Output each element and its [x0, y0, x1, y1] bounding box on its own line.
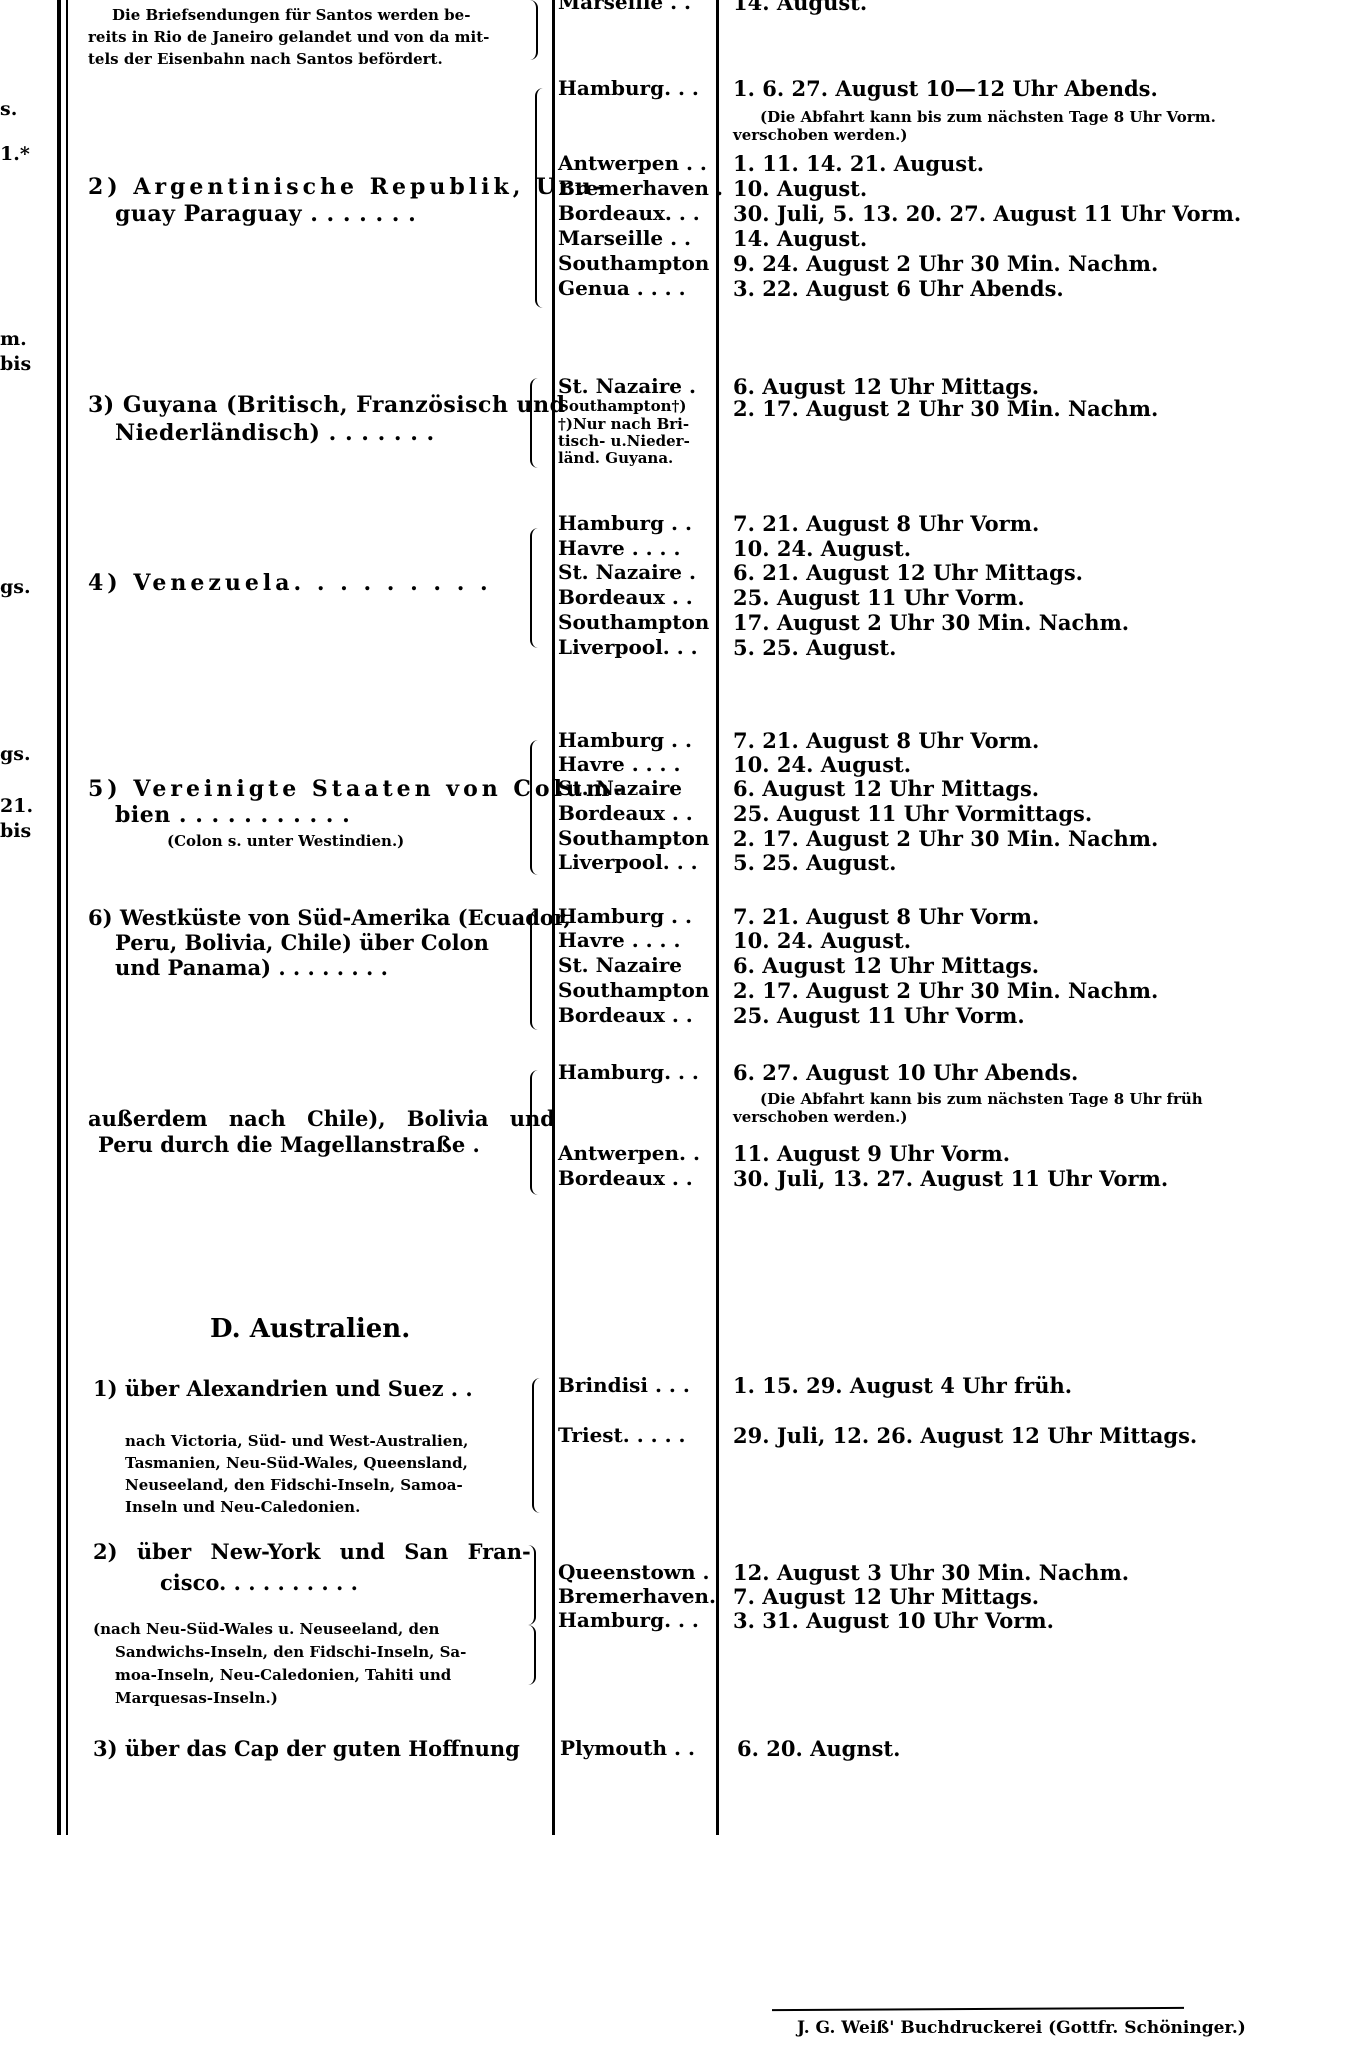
note-line: verschoben werden.): [733, 1110, 907, 1125]
date-cell: 1. 15. 29. August 4 Uhr früh.: [733, 1375, 1072, 1396]
footer-rule: [772, 2007, 1184, 2011]
date-cell: 10. 24. August.: [733, 754, 911, 775]
place-cell: Liverpool. . .: [558, 852, 698, 872]
date-cell: 14. August.: [733, 228, 867, 249]
brace: [530, 910, 538, 1030]
route-desc: Neuseeland, den Fidschi-Inseln, Samoa-: [125, 1478, 463, 1493]
place-cell: Bordeaux . .: [558, 587, 693, 607]
region-title: Peru durch die Magellanstraße .: [98, 1134, 480, 1155]
date-cell: 10. August.: [733, 178, 867, 199]
route-title: 2) über New-York und San Fran-: [93, 1541, 531, 1562]
region-title: guay Paraguay . . . . . . .: [115, 203, 416, 225]
place-cell: Bremerhaven.: [558, 1586, 716, 1606]
date-cell: 6. 27. August 10 Uhr Abends.: [733, 1062, 1078, 1083]
margin-fragment: gs.: [0, 745, 31, 764]
place-cell: Marseille . .: [558, 0, 691, 12]
margin-fragment: s.: [0, 100, 17, 119]
place-cell: Havre . . . .: [558, 930, 680, 950]
date-cell: 7. August 12 Uhr Mittags.: [733, 1586, 1039, 1607]
printer-imprint: J. G. Weiß' Buchdruckerei (Gottfr. Schön…: [797, 2018, 1246, 2038]
place-cell: Plymouth . .: [560, 1738, 695, 1758]
place-cell: Genua . . . .: [558, 278, 686, 298]
date-cell: 11. August 9 Uhr Vorm.: [733, 1143, 1010, 1164]
route-desc: nach Victoria, Süd- und West-Australien,: [125, 1434, 468, 1449]
date-cell: 6. August 12 Uhr Mittags.: [733, 376, 1039, 397]
brace: [530, 528, 538, 648]
place-cell: Southampton: [558, 253, 709, 273]
region-title: 6) Westküste von Süd-Amerika (Ecuador,: [88, 907, 571, 928]
place-cell: Hamburg. . .: [558, 78, 699, 98]
date-cell: 9. 24. August 2 Uhr 30 Min. Nachm.: [733, 253, 1158, 274]
date-cell: 6. 20. Augnst.: [737, 1738, 900, 1759]
date-cell: 25. August 11 Uhr Vorm.: [733, 1005, 1025, 1026]
date-cell: 7. 21. August 8 Uhr Vorm.: [733, 906, 1039, 927]
date-cell: 30. Juli, 13. 27. August 11 Uhr Vorm.: [733, 1168, 1168, 1189]
date-cell: 2. 17. August 2 Uhr 30 Min. Nachm.: [733, 980, 1158, 1001]
footnote-line: tisch- u.Nieder-: [558, 433, 690, 450]
date-cell: 6. August 12 Uhr Mittags.: [733, 955, 1039, 976]
place-cell: St. Nazaire .: [558, 562, 696, 582]
margin-fragment: gs.: [0, 578, 31, 597]
region-title: 3) Guyana (Britisch, Französisch und: [88, 394, 565, 416]
place-cell: St. Nazaire: [558, 778, 682, 798]
date-cell: 17. August 2 Uhr 30 Min. Nachm.: [733, 612, 1129, 633]
date-cell: 6. 21. August 12 Uhr Mittags.: [733, 562, 1083, 583]
brace: [532, 1378, 540, 1513]
date-cell: 10. 24. August.: [733, 538, 911, 559]
brace: [530, 0, 538, 60]
place-cell: Bordeaux . .: [558, 1168, 693, 1188]
note-line: (Die Abfahrt kann bis zum nächsten Tage …: [760, 110, 1216, 125]
date-cell: 6. August 12 Uhr Mittags.: [733, 778, 1039, 799]
date-cell: 12. August 3 Uhr 30 Min. Nachm.: [733, 1562, 1129, 1583]
route-desc: Inseln und Neu-Caledonien.: [125, 1500, 360, 1515]
route-title: 3) über das Cap der guten Hoffnung: [93, 1738, 520, 1759]
margin-fragment: m.: [0, 330, 27, 349]
place-cell: Antwerpen . .: [558, 153, 707, 173]
brace: [535, 88, 543, 308]
place-cell: Triest. . . . .: [558, 1425, 685, 1445]
place-cell: St. Nazaire .: [558, 376, 696, 396]
place-cell: Queenstown .: [558, 1562, 709, 1582]
brace: [530, 378, 538, 468]
place-cell: Havre . . . .: [558, 538, 680, 558]
route-desc: Tasmanien, Neu-Süd-Wales, Queensland,: [125, 1456, 468, 1471]
brace: [528, 1545, 536, 1625]
margin-fragment: bis: [0, 822, 31, 841]
date-cell: 2. 17. August 2 Uhr 30 Min. Nachm.: [733, 398, 1158, 419]
region-note: (Colon s. unter Westindien.): [167, 834, 404, 849]
date-cell: 25. August 11 Uhr Vormittags.: [733, 803, 1092, 824]
place-cell: Liverpool. . .: [558, 637, 698, 657]
place-cell: Southampton†): [558, 398, 686, 415]
date-cell: 30. Juli, 5. 13. 20. 27. August 11 Uhr V…: [733, 203, 1241, 224]
route-desc: (nach Neu-Süd-Wales u. Neuseeland, den: [93, 1622, 439, 1637]
region-title: 2) Argentinische Republik, Uru-: [88, 176, 608, 198]
date-cell: 7. 21. August 8 Uhr Vorm.: [733, 730, 1039, 751]
date-cell: 5. 25. August.: [733, 637, 896, 658]
note-line: tels der Eisenbahn nach Santos befördert…: [88, 52, 443, 67]
date-cell: 14. August.: [733, 0, 867, 13]
route-desc: Marquesas-Inseln.): [115, 1691, 278, 1706]
region-title: Peru, Bolivia, Chile) über Colon: [115, 932, 489, 953]
note-line: reits in Rio de Janeiro gelandet und von…: [88, 30, 489, 45]
place-cell: Southampton: [558, 828, 709, 848]
region-title: Niederländisch) . . . . . . .: [115, 422, 435, 444]
margin-fragment: bis: [0, 355, 31, 374]
date-cell: 10. 24. August.: [733, 930, 911, 951]
brace: [530, 740, 538, 875]
double-rule-thick: [57, 0, 61, 1835]
region-title: und Panama) . . . . . . . .: [115, 957, 388, 978]
date-cell: 1. 6. 27. August 10—12 Uhr Abends.: [733, 78, 1158, 99]
brace: [528, 1625, 536, 1685]
place-cell: Southampton: [558, 980, 709, 1000]
section-heading: D. Australien.: [210, 1314, 410, 1344]
double-rule-thin: [66, 0, 68, 1835]
note-line: (Die Abfahrt kann bis zum nächsten Tage …: [760, 1092, 1203, 1107]
date-cell: 2. 17. August 2 Uhr 30 Min. Nachm.: [733, 828, 1158, 849]
route-title: 1) über Alexandrien und Suez . .: [93, 1378, 473, 1399]
note-line: Die Briefsendungen für Santos werden be-: [112, 8, 470, 23]
place-cell: Hamburg . .: [558, 906, 692, 926]
place-cell: Hamburg . .: [558, 513, 692, 533]
place-cell: Hamburg . .: [558, 730, 692, 750]
region-title: außerdem nach Chile), Bolivia und: [88, 1108, 555, 1129]
margin-fragment: 21.: [0, 797, 33, 816]
route-title: cisco. . . . . . . . . .: [160, 1572, 358, 1593]
place-cell: Bordeaux . .: [558, 1005, 693, 1025]
region-title: 4) Venezuela. . . . . . . . .: [88, 572, 492, 594]
date-cell: 7. 21. August 8 Uhr Vorm.: [733, 513, 1039, 534]
date-cell: 3. 22. August 6 Uhr Abends.: [733, 278, 1064, 299]
note-line: verschoben werden.): [733, 128, 907, 143]
brace: [530, 1070, 538, 1195]
route-desc: moa-Inseln, Neu-Caledonien, Tahiti und: [115, 1668, 451, 1683]
place-cell: Marseille . .: [558, 228, 691, 248]
date-cell: 5. 25. August.: [733, 852, 896, 873]
place-cell: St. Nazaire: [558, 955, 682, 975]
place-cell: Brindisi . . .: [558, 1375, 690, 1395]
route-desc: Sandwichs-Inseln, den Fidschi-Inseln, Sa…: [115, 1645, 466, 1660]
date-cell: 1. 11. 14. 21. August.: [733, 153, 984, 174]
margin-fragment: 1.*: [0, 145, 30, 164]
place-cell: Havre . . . .: [558, 754, 680, 774]
region-title: 5) Vereinigte Staaten von Colum-: [88, 778, 626, 800]
place-cell: Bremerhaven .: [558, 178, 723, 198]
column-rule-date: [716, 0, 719, 1835]
place-cell: Hamburg. . .: [558, 1610, 699, 1630]
footnote-line: †)Nur nach Bri-: [558, 416, 689, 433]
place-cell: Bordeaux. . .: [558, 203, 700, 223]
footnote-line: länd. Guyana.: [558, 450, 673, 467]
region-title: bien . . . . . . . . . . .: [115, 804, 350, 826]
date-cell: 25. August 11 Uhr Vorm.: [733, 587, 1025, 608]
place-cell: Antwerpen. .: [558, 1143, 700, 1163]
date-cell: 3. 31. August 10 Uhr Vorm.: [733, 1610, 1054, 1631]
place-cell: Hamburg. . .: [558, 1062, 699, 1082]
date-cell: 29. Juli, 12. 26. August 12 Uhr Mittags.: [733, 1425, 1197, 1446]
place-cell: Southampton: [558, 612, 709, 632]
place-cell: Bordeaux . .: [558, 803, 693, 823]
